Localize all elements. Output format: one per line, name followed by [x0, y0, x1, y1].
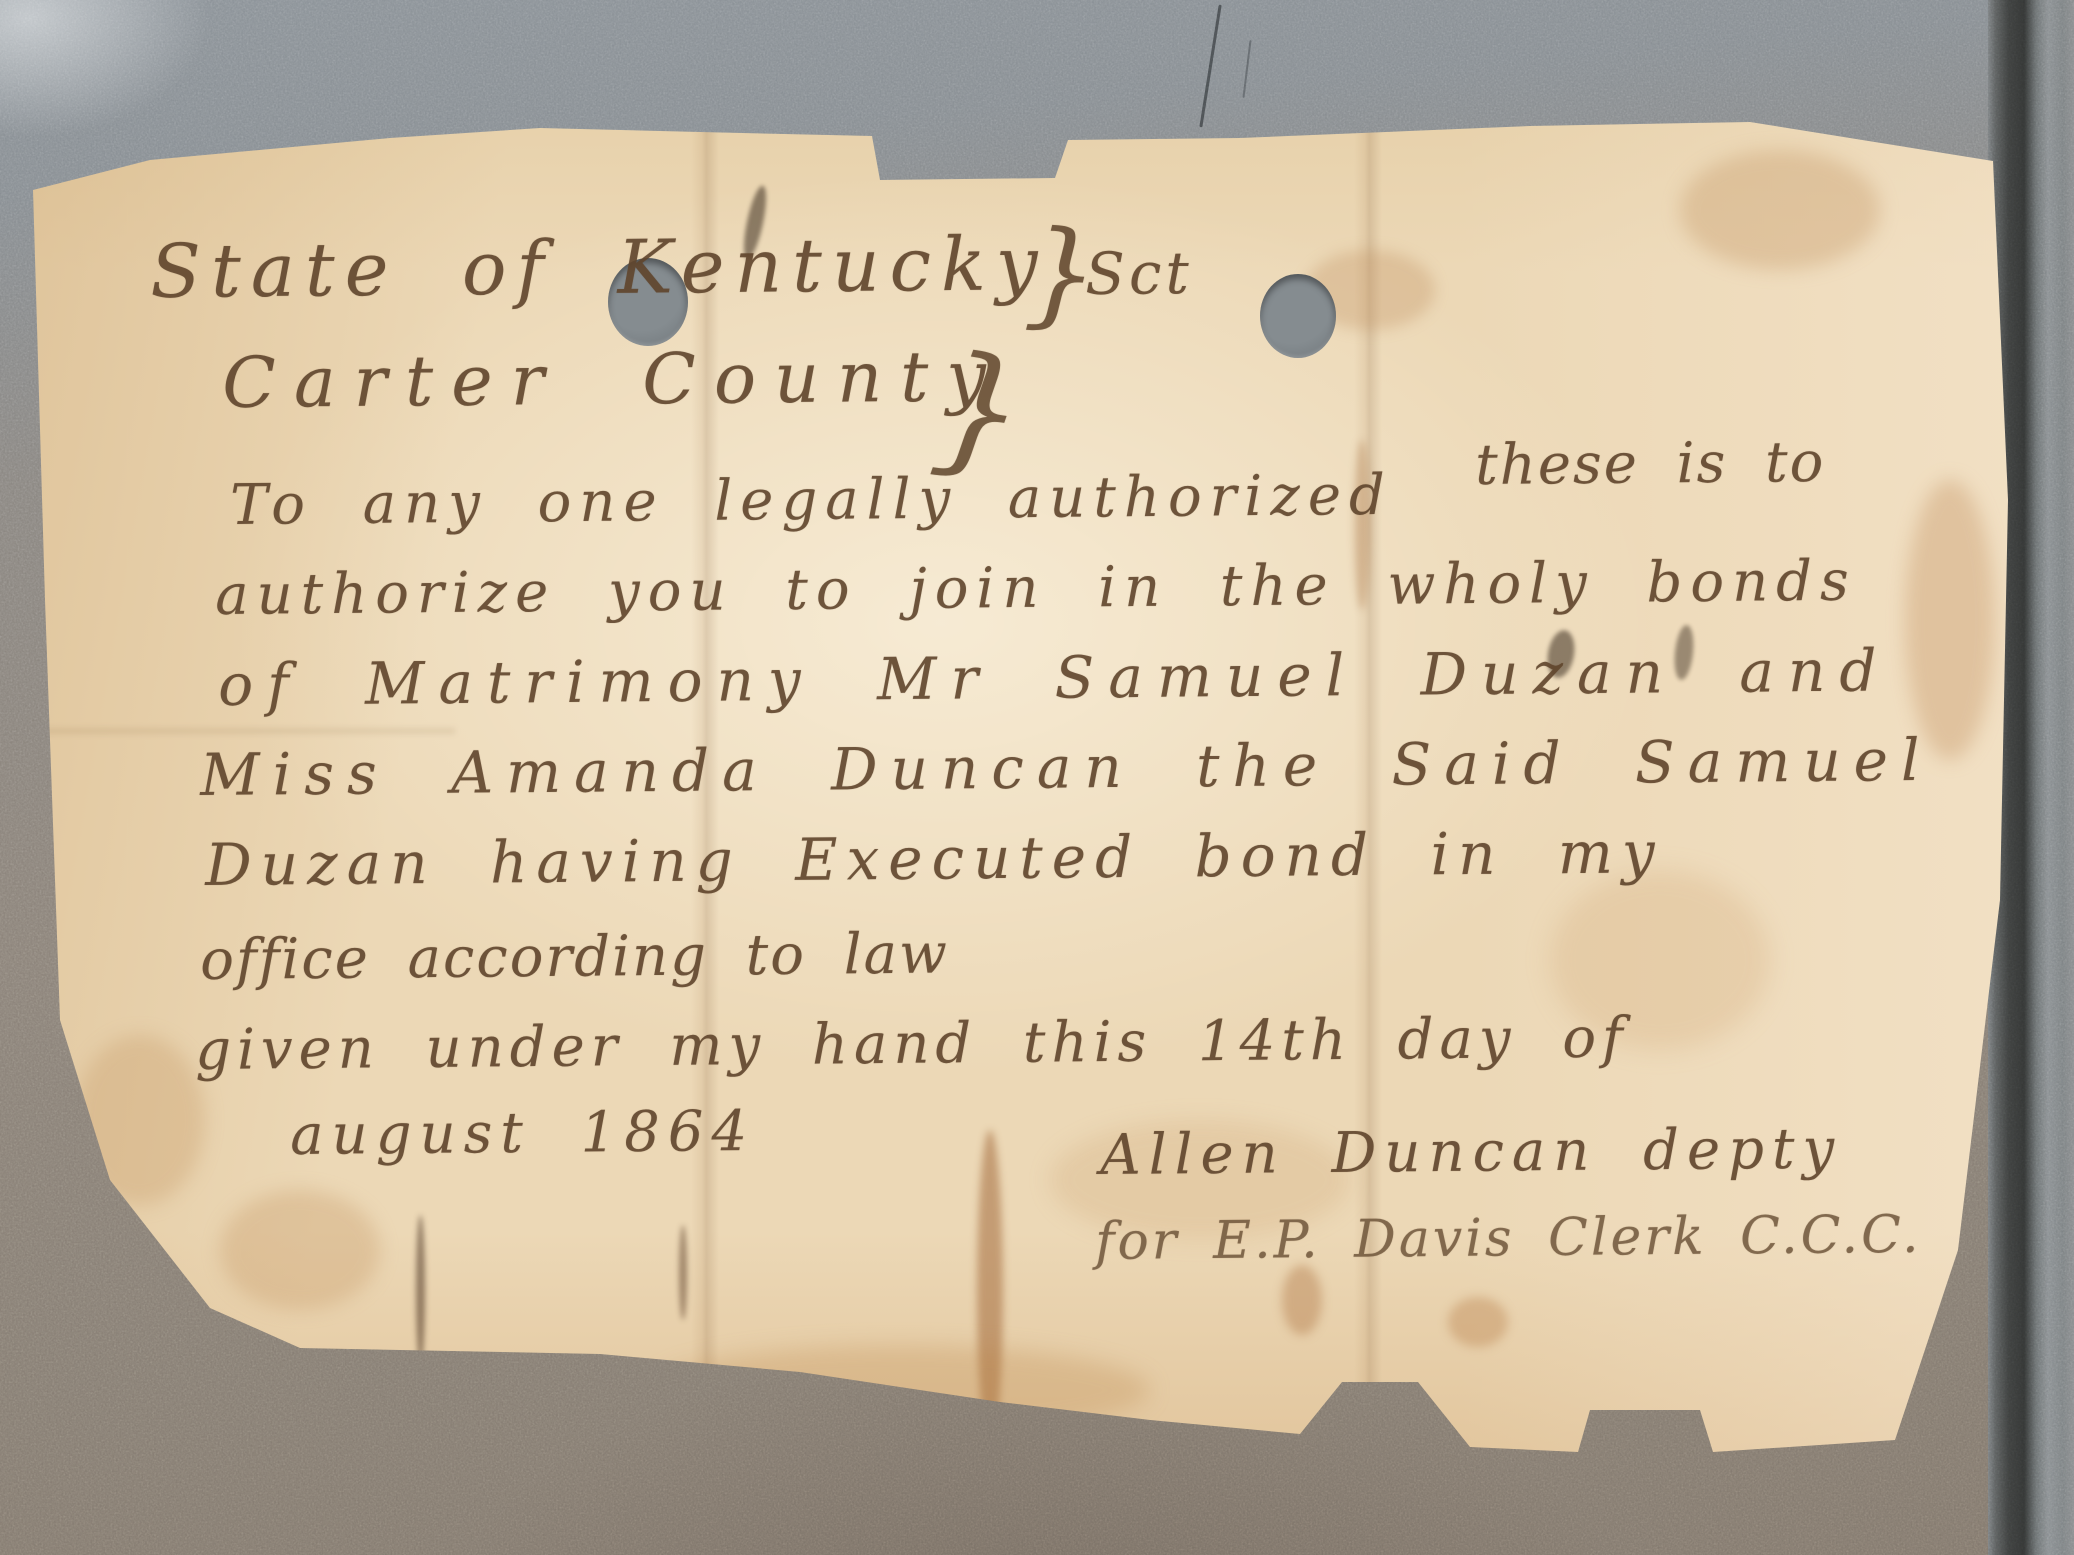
handwritten-line-body-6: office according to law: [200, 926, 949, 989]
document-paper: State of Kentucky } Sct Carter County } …: [25, 110, 2015, 1460]
handwritten-line-sct: Sct: [1085, 244, 1193, 303]
stain: [679, 1225, 687, 1320]
handwritten-line-body-3: of Matrimony Mr Samuel Duzan and: [218, 641, 1891, 714]
stain: [1905, 480, 1995, 760]
handwritten-line-body-5: Duzan having Executed bond in my: [205, 823, 1664, 894]
stain: [1282, 1265, 1322, 1335]
handwritten-line-body-2: authorize you to join in the wholy bonds: [215, 554, 1857, 624]
stain: [1448, 1297, 1508, 1347]
punch-hole-right: [1260, 274, 1336, 358]
handwritten-line-body-1-left: To any one legally authorized: [230, 468, 1393, 534]
handwritten-line-body-4: Miss Amanda Duncan the Said Samuel: [200, 731, 1933, 804]
handwritten-line-date: august 1864: [290, 1104, 755, 1164]
handwritten-line-body-1-right: these is to: [1475, 435, 1826, 494]
fold-crease-horizontal: [25, 728, 455, 734]
stain: [416, 1215, 425, 1365]
brace-glyph: }: [926, 335, 1034, 486]
handwritten-line-body-7: given under my hand this 14th day of: [195, 1010, 1629, 1079]
handwritten-line-signature-2: for E.P. Davis Clerk C.C.C.: [1095, 1209, 1922, 1268]
stain: [220, 1190, 380, 1310]
stain: [1680, 150, 1880, 270]
handwritten-line-county: Carter County: [222, 341, 1004, 418]
handwritten-line-signature: Allen Duncan depty: [1100, 1122, 1842, 1184]
handwritten-line-state: State of Kentucky: [150, 227, 1048, 309]
photo-canvas: State of Kentucky } Sct Carter County } …: [0, 0, 2074, 1555]
